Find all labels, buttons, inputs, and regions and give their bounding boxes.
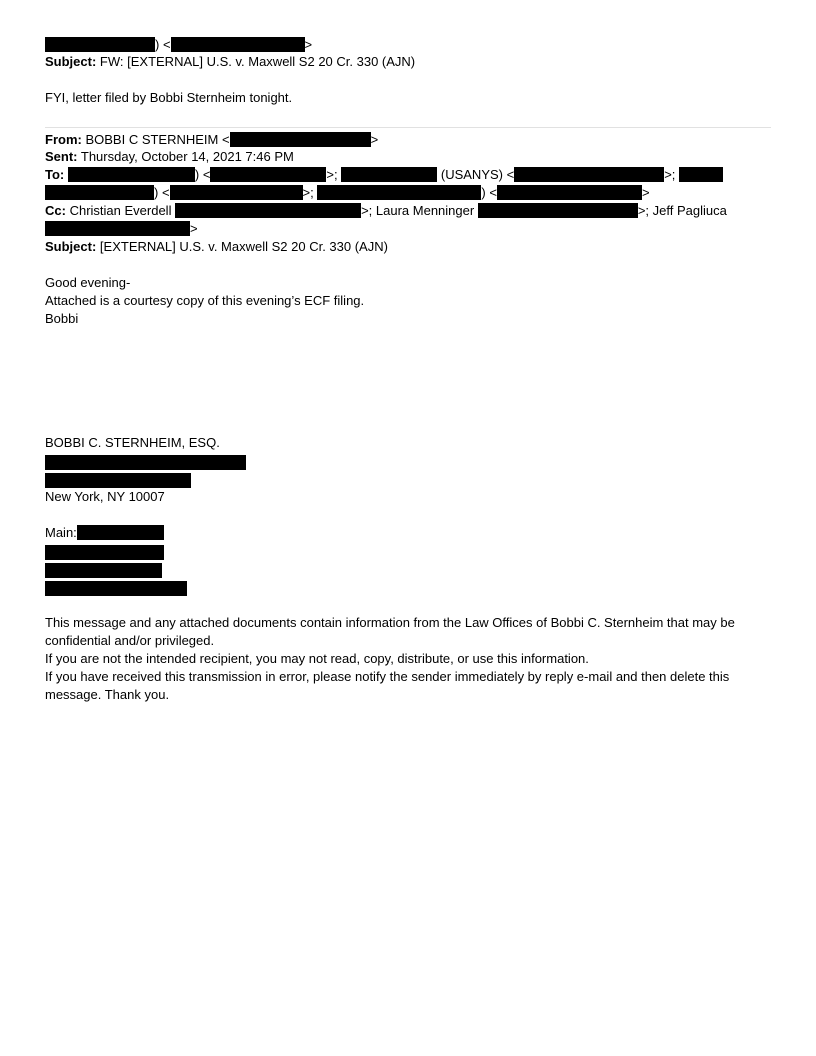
redaction (497, 185, 642, 200)
redaction (45, 37, 155, 52)
redaction (317, 185, 481, 200)
disclaimer-line: If you are not the intended recipient, y… (45, 650, 589, 668)
redaction (170, 185, 303, 200)
from-line: From: BOBBI C STERNHEIM <> (45, 131, 378, 149)
redaction (514, 167, 664, 182)
forward-subject: Subject: FW: [EXTERNAL] U.S. v. Maxwell … (45, 53, 415, 71)
to-line-continued: ) <>; ) <> (45, 184, 650, 202)
forward-to-line: ) <> (45, 36, 312, 54)
redaction (679, 167, 723, 182)
redaction (175, 203, 361, 218)
forward-body: FYI, letter filed by Bobbi Sternheim ton… (45, 89, 292, 107)
redaction (45, 455, 246, 470)
redaction (210, 167, 326, 182)
redaction (230, 132, 371, 147)
divider (45, 127, 771, 128)
redaction (77, 525, 164, 540)
disclaimer-line: confidential and/or privileged. (45, 632, 214, 650)
redaction (68, 167, 195, 182)
greeting: Good evening- (45, 274, 130, 292)
to-line: To: ) <>; (USANYS) <>; (45, 166, 723, 184)
redaction (171, 37, 305, 52)
redaction (45, 581, 187, 596)
redaction (45, 545, 164, 560)
disclaimer-line: This message and any attached documents … (45, 614, 735, 632)
cc-line: Cc: Christian Everdell >; Laura Menninge… (45, 202, 727, 220)
redaction (45, 221, 190, 236)
redaction (341, 167, 437, 182)
redaction (478, 203, 638, 218)
sent-line: Sent: Thursday, October 14, 2021 7:46 PM (45, 148, 294, 166)
redaction (45, 563, 162, 578)
signature-main: Main: (45, 524, 164, 542)
body-line: Attached is a courtesy copy of this even… (45, 292, 364, 310)
cc-line-continued: > (45, 220, 198, 238)
disclaimer-line: message. Thank you. (45, 686, 169, 704)
redaction (45, 185, 154, 200)
signoff: Bobbi (45, 310, 78, 328)
signature-name: BOBBI C. STERNHEIM, ESQ. (45, 434, 220, 452)
disclaimer-line: If you have received this transmission i… (45, 668, 729, 686)
signature-city: New York, NY 10007 (45, 488, 165, 506)
original-subject: Subject: [EXTERNAL] U.S. v. Maxwell S2 2… (45, 238, 388, 256)
redaction (45, 473, 191, 488)
